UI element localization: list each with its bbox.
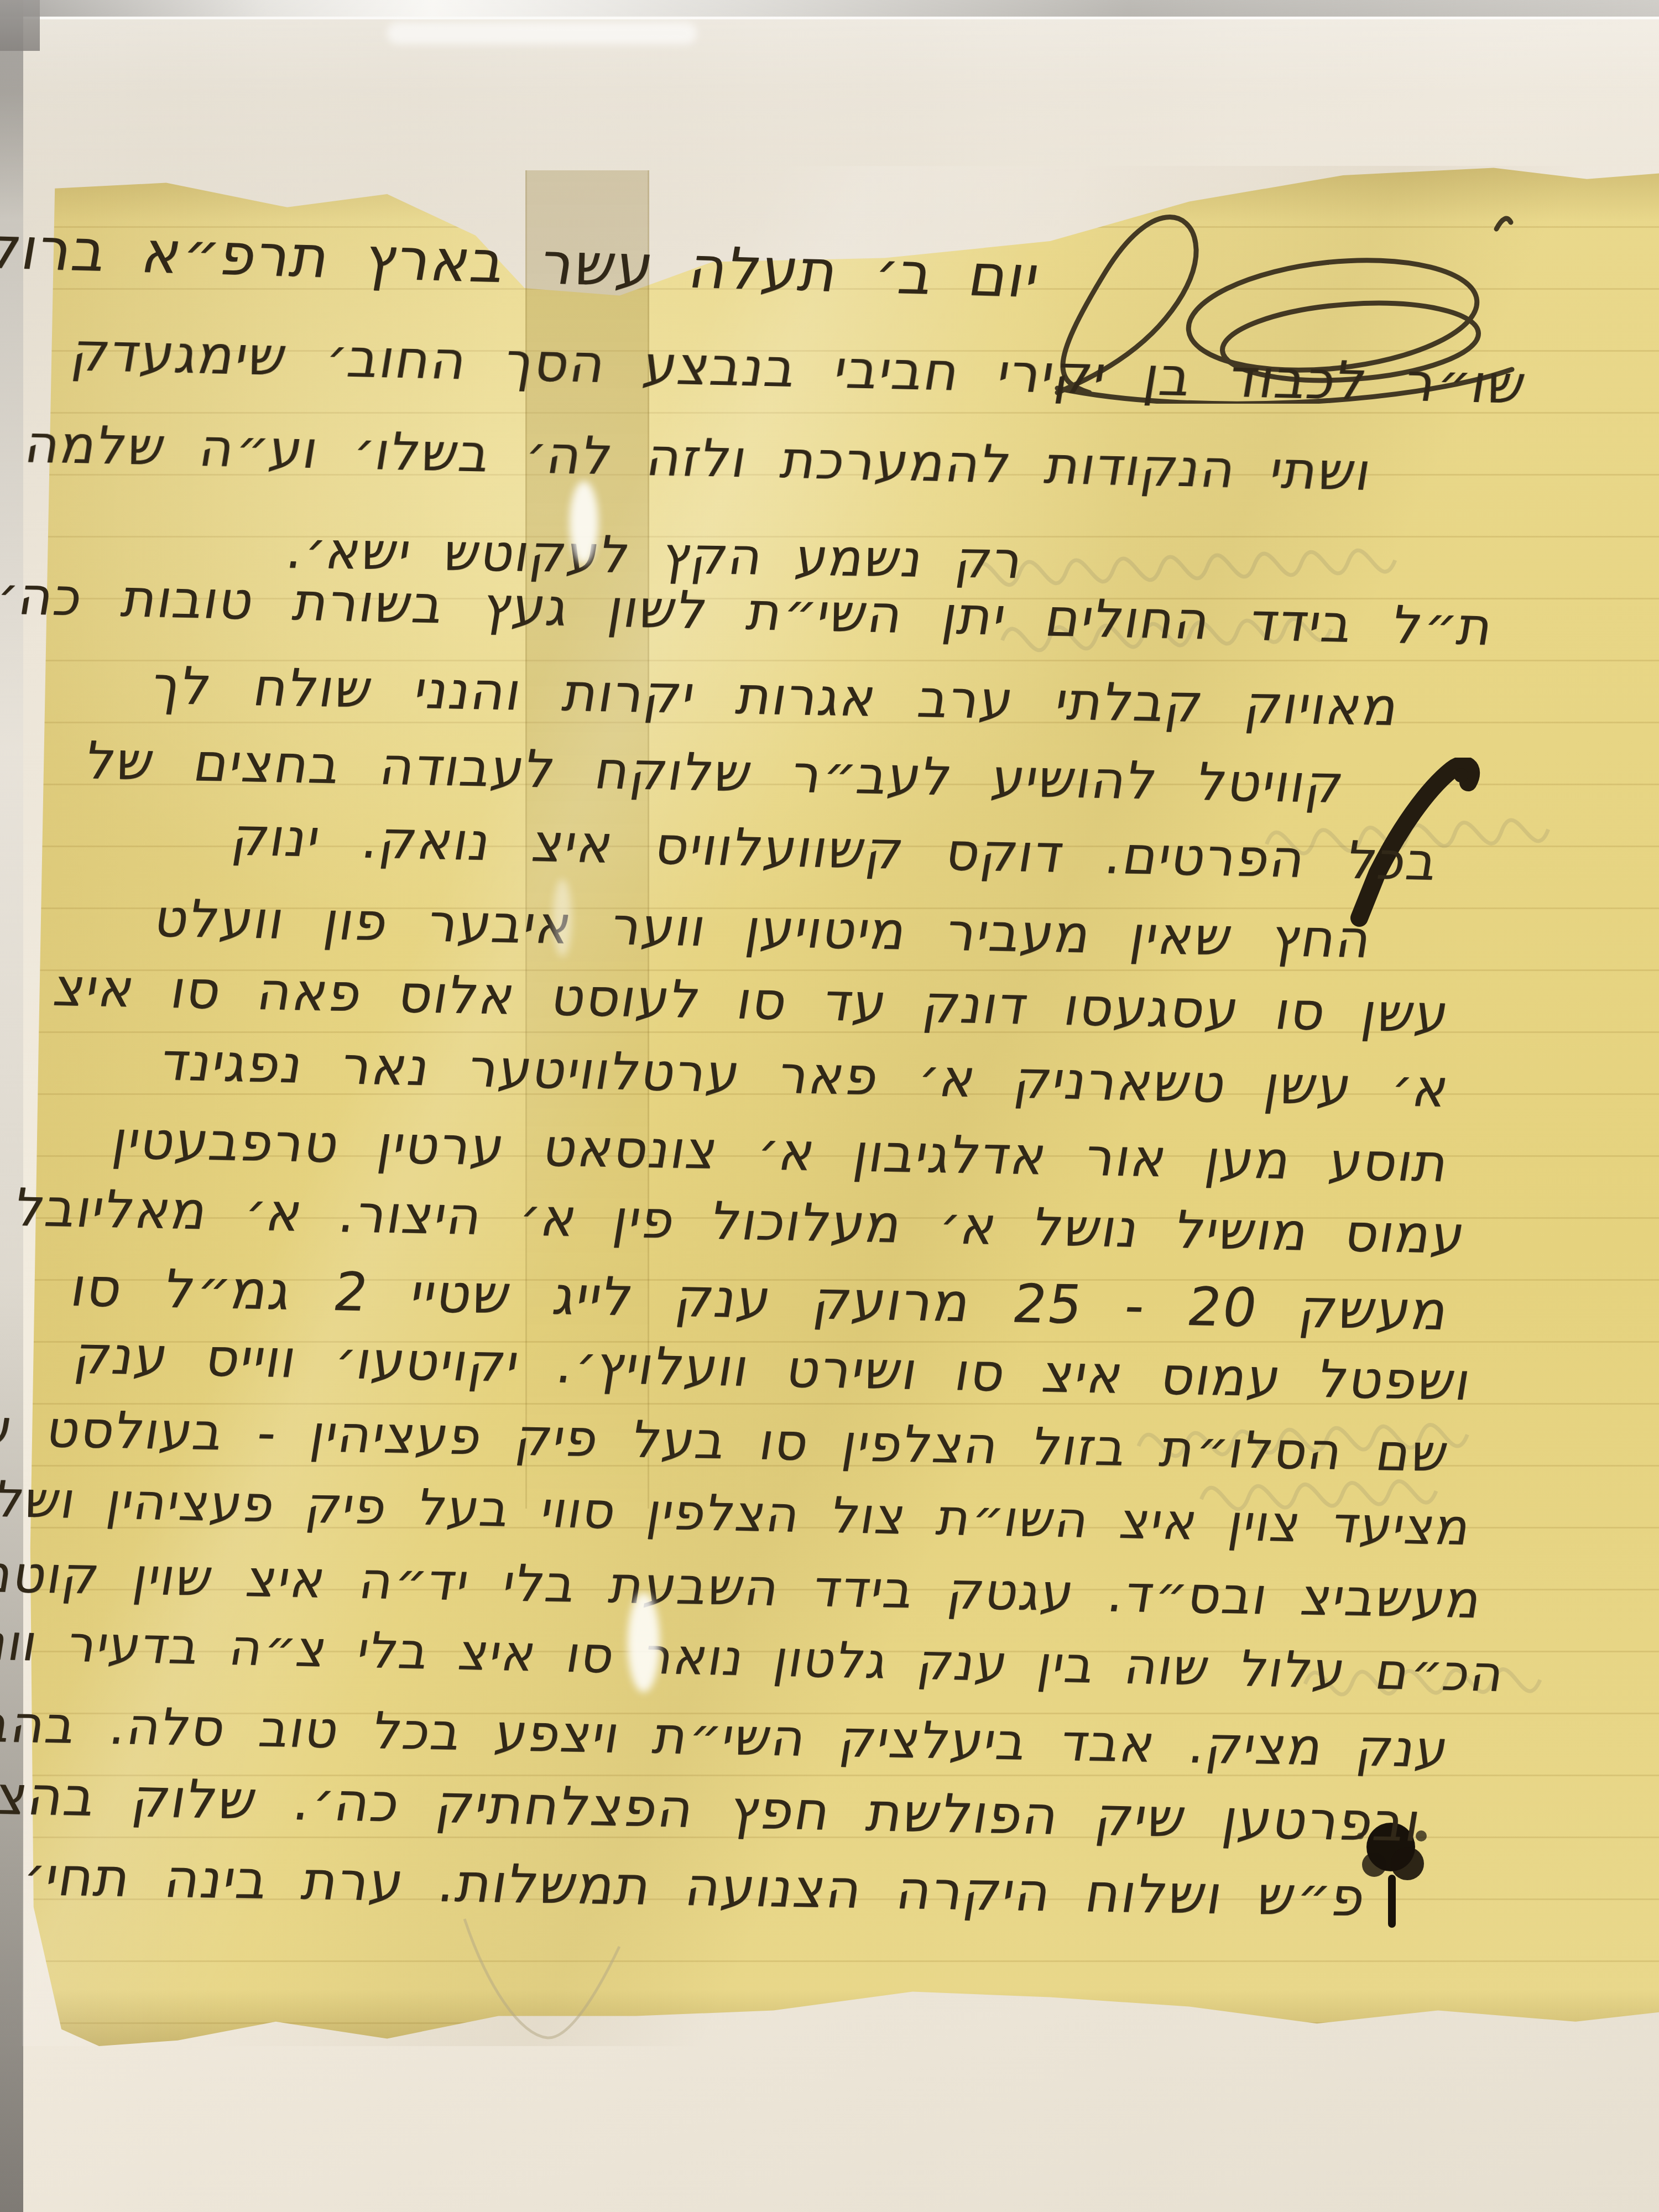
photo-of-handwritten-letter: יום ב׳ תעלה עשר בארץ תרפ״א ברוקלין שו״ר … [0,0,1659,2212]
glare-highlight [570,481,598,564]
glare-highlight [553,879,572,957]
glare-highlight [387,22,697,44]
glare-highlight [628,1593,660,1692]
pencil-mark [453,1908,664,2052]
sleeve-left-edge [0,0,23,2212]
